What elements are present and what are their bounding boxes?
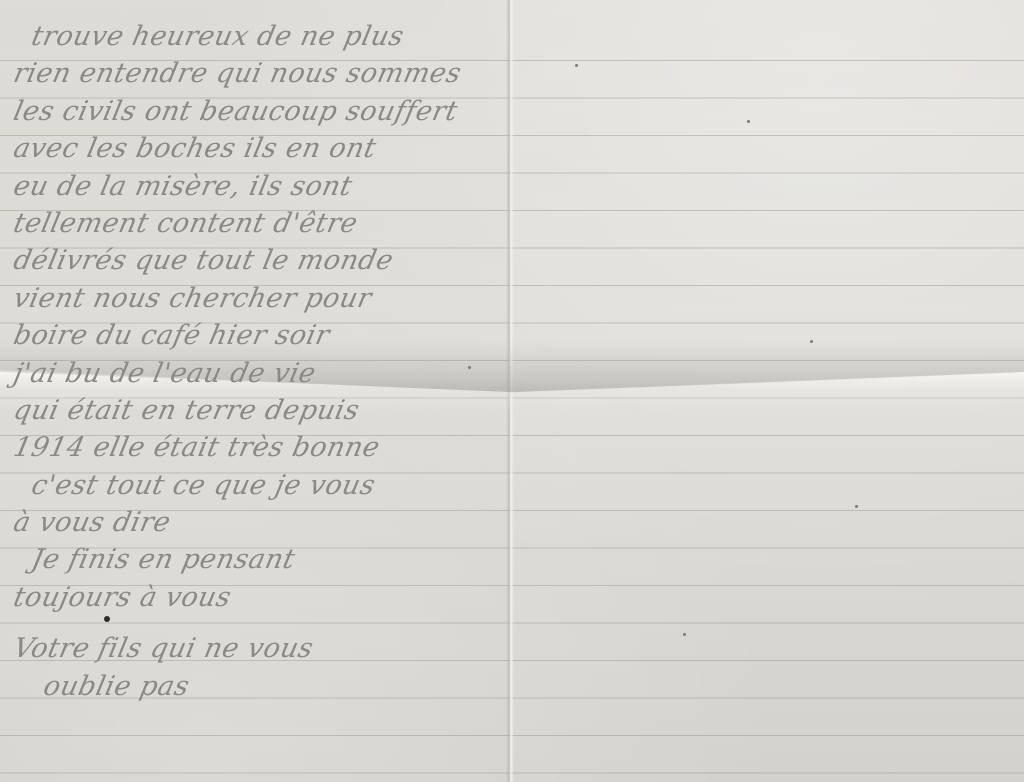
text-line-13: c'est tout ce que je vous <box>10 467 518 504</box>
letter-photo: trouve heureux de ne plus rien entendre … <box>0 0 1024 782</box>
text-line-14: à vous dire <box>10 504 518 541</box>
text-line-1: trouve heureux de ne plus <box>10 18 518 55</box>
text-line-7: délivrés que tout le monde <box>10 242 518 279</box>
text-line-16: toujours à vous <box>10 579 518 616</box>
paper-speck <box>683 633 686 636</box>
text-line-4: avec les boches ils en ont <box>10 130 518 167</box>
text-line-10: j'ai bu de l'eau de vie <box>10 355 518 392</box>
paper-speck <box>747 120 750 123</box>
paper-speck <box>810 340 813 343</box>
ink-blot <box>104 616 110 622</box>
text-line-6: tellement content d'être <box>10 205 518 242</box>
text-line-2: rien entendre qui nous sommes <box>10 55 518 92</box>
paper-speck <box>468 366 471 369</box>
text-line-5: eu de la misère, ils sont <box>10 168 518 205</box>
text-line-8: vient nous chercher pour <box>10 280 518 317</box>
handwritten-text: trouve heureux de ne plus rien entendre … <box>10 18 510 705</box>
text-line-15: Je finis en pensant <box>10 541 518 578</box>
text-line-11: qui était en terre depuis <box>10 392 518 429</box>
text-line-3: les civils ont beaucoup souffert <box>10 93 518 130</box>
signature-line-1: Votre fils qui ne vous <box>10 630 518 667</box>
text-line-12: 1914 elle était très bonne <box>10 429 518 466</box>
paper-speck <box>575 64 578 67</box>
signature-line-2: oublie pas <box>10 668 518 705</box>
text-line-9: boire du café hier soir <box>10 317 518 354</box>
paper-speck <box>855 505 858 508</box>
